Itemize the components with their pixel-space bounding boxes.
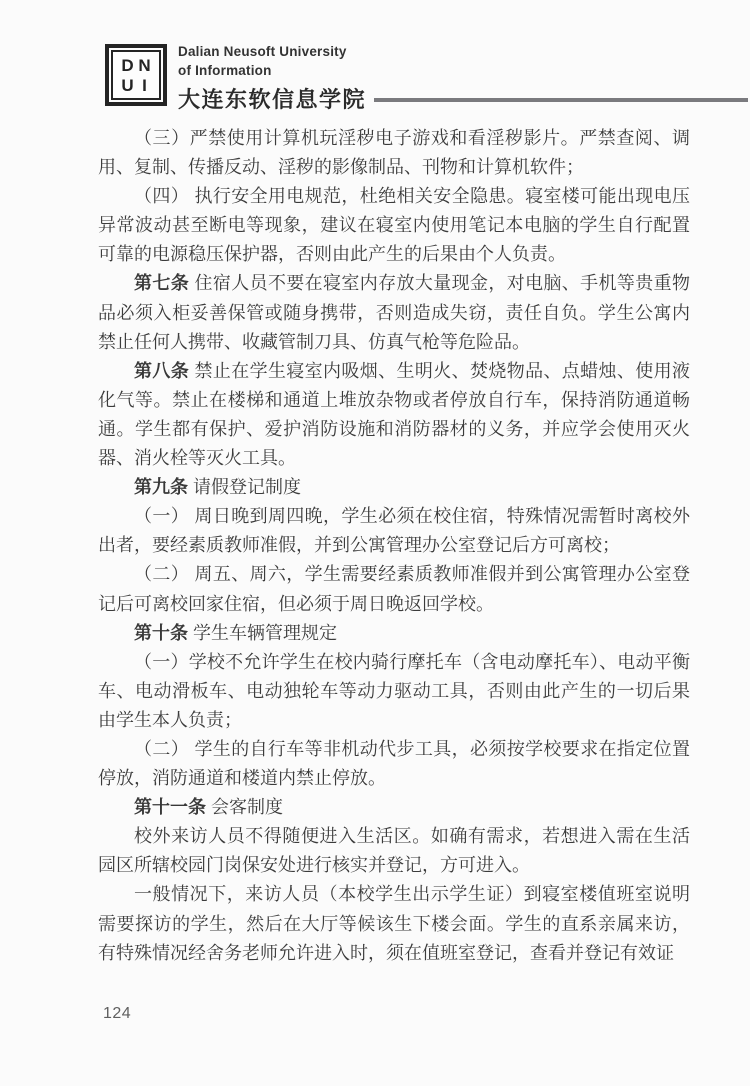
document-page: D N U I Dalian Neusoft University of Inf… [0,0,750,1086]
paragraph: 校外来访人员不得随便进入生活区。如确有需求，若想进入需在生活园区所辖校园门岗保安… [98,822,690,880]
paragraph-text: （一）学校不允许学生在校内骑行摩托车（含电动摩托车）、电动平衡车、电动滑板车、电… [98,652,690,730]
paragraph: （一） 周日晚到周四晚，学生必须在校住宿，特殊情况需暂时离校外出者，要经素质教师… [98,502,690,560]
logo-letter-u: U [121,77,133,94]
logo-letter-n: N [138,57,150,74]
paragraph-text: （二） 学生的自行车等非机动代步工具，必须按学校要求在指定位置停放，消防通道和楼… [98,739,690,788]
dnui-logo-inner-frame: D N U I [111,50,161,100]
paragraph: 第九条 请假登记制度 [98,473,690,502]
paragraph: （一）学校不允许学生在校内骑行摩托车（含电动摩托车）、电动平衡车、电动滑板车、电… [98,648,690,735]
paragraph: （四） 执行安全用电规范，杜绝相关安全隐患。寝室楼可能出现电压异常波动甚至断电等… [98,182,690,269]
university-brand: Dalian Neusoft University of Information… [178,42,366,114]
paragraph-text: 会客制度 [206,797,283,817]
logo-letter-i: I [142,77,147,94]
page-number: 124 [103,1005,131,1023]
paragraph: （三）严禁使用计算机玩淫秽电子游戏和看淫秽影片。严禁查阅、调用、复制、传播反动、… [98,124,690,182]
paragraph-text: （四） 执行安全用电规范，杜绝相关安全隐患。寝室楼可能出现电压异常波动甚至断电等… [98,186,690,264]
paragraph-text: 一般情况下，来访人员（本校学生出示学生证）到寝室楼值班室说明需要探访的学生，然后… [98,884,690,962]
paragraph-text: 学生车辆管理规定 [188,623,337,643]
paragraph-text: （一） 周日晚到周四晚，学生必须在校住宿，特殊情况需暂时离校外出者，要经素质教师… [98,506,690,555]
article-label: 第八条 [134,361,189,381]
university-name-en-line1: Dalian Neusoft University [178,42,366,61]
paragraph: （二） 学生的自行车等非机动代步工具，必须按学校要求在指定位置停放，消防通道和楼… [98,735,690,793]
paragraph-text: （二） 周五、周六，学生需要经素质教师准假并到公寓管理办公室登记后可离校回家住宿… [98,564,690,613]
document-body: （三）严禁使用计算机玩淫秽电子游戏和看淫秽影片。严禁查阅、调用、复制、传播反动、… [98,124,690,968]
university-name-zh: 大连东软信息学院 [178,83,366,114]
paragraph: 第十条 学生车辆管理规定 [98,619,690,648]
paragraph: （二） 周五、周六，学生需要经素质教师准假并到公寓管理办公室登记后可离校回家住宿… [98,560,690,618]
paragraph-text: 请假登记制度 [188,477,301,497]
paragraph: 第十一条 会客制度 [98,793,690,822]
paragraph: 第七条 住宿人员不要在寝室内存放大量现金，对电脑、手机等贵重物品必须入柜妥善保管… [98,269,690,356]
article-label: 第九条 [134,477,188,497]
article-label: 第十一条 [134,797,206,817]
paragraph-text: （三）严禁使用计算机玩淫秽电子游戏和看淫秽影片。严禁查阅、调用、复制、传播反动、… [98,128,690,177]
page-header: D N U I Dalian Neusoft University of Inf… [0,0,750,120]
paragraph: 第八条 禁止在学生寝室内吸烟、生明火、焚烧物品、点蜡烛、使用液化气等。禁止在楼梯… [98,357,690,473]
header-divider-rule [374,98,748,102]
logo-letter-d: D [121,57,133,74]
article-label: 第七条 [134,273,189,293]
paragraph-text: 校外来访人员不得随便进入生活区。如确有需求，若想进入需在生活园区所辖校园门岗保安… [98,826,690,875]
dnui-logo: D N U I [105,44,167,106]
article-label: 第十条 [134,623,188,643]
university-name-en-line2: of Information [178,61,366,80]
paragraph: 一般情况下，来访人员（本校学生出示学生证）到寝室楼值班室说明需要探访的学生，然后… [98,880,690,967]
